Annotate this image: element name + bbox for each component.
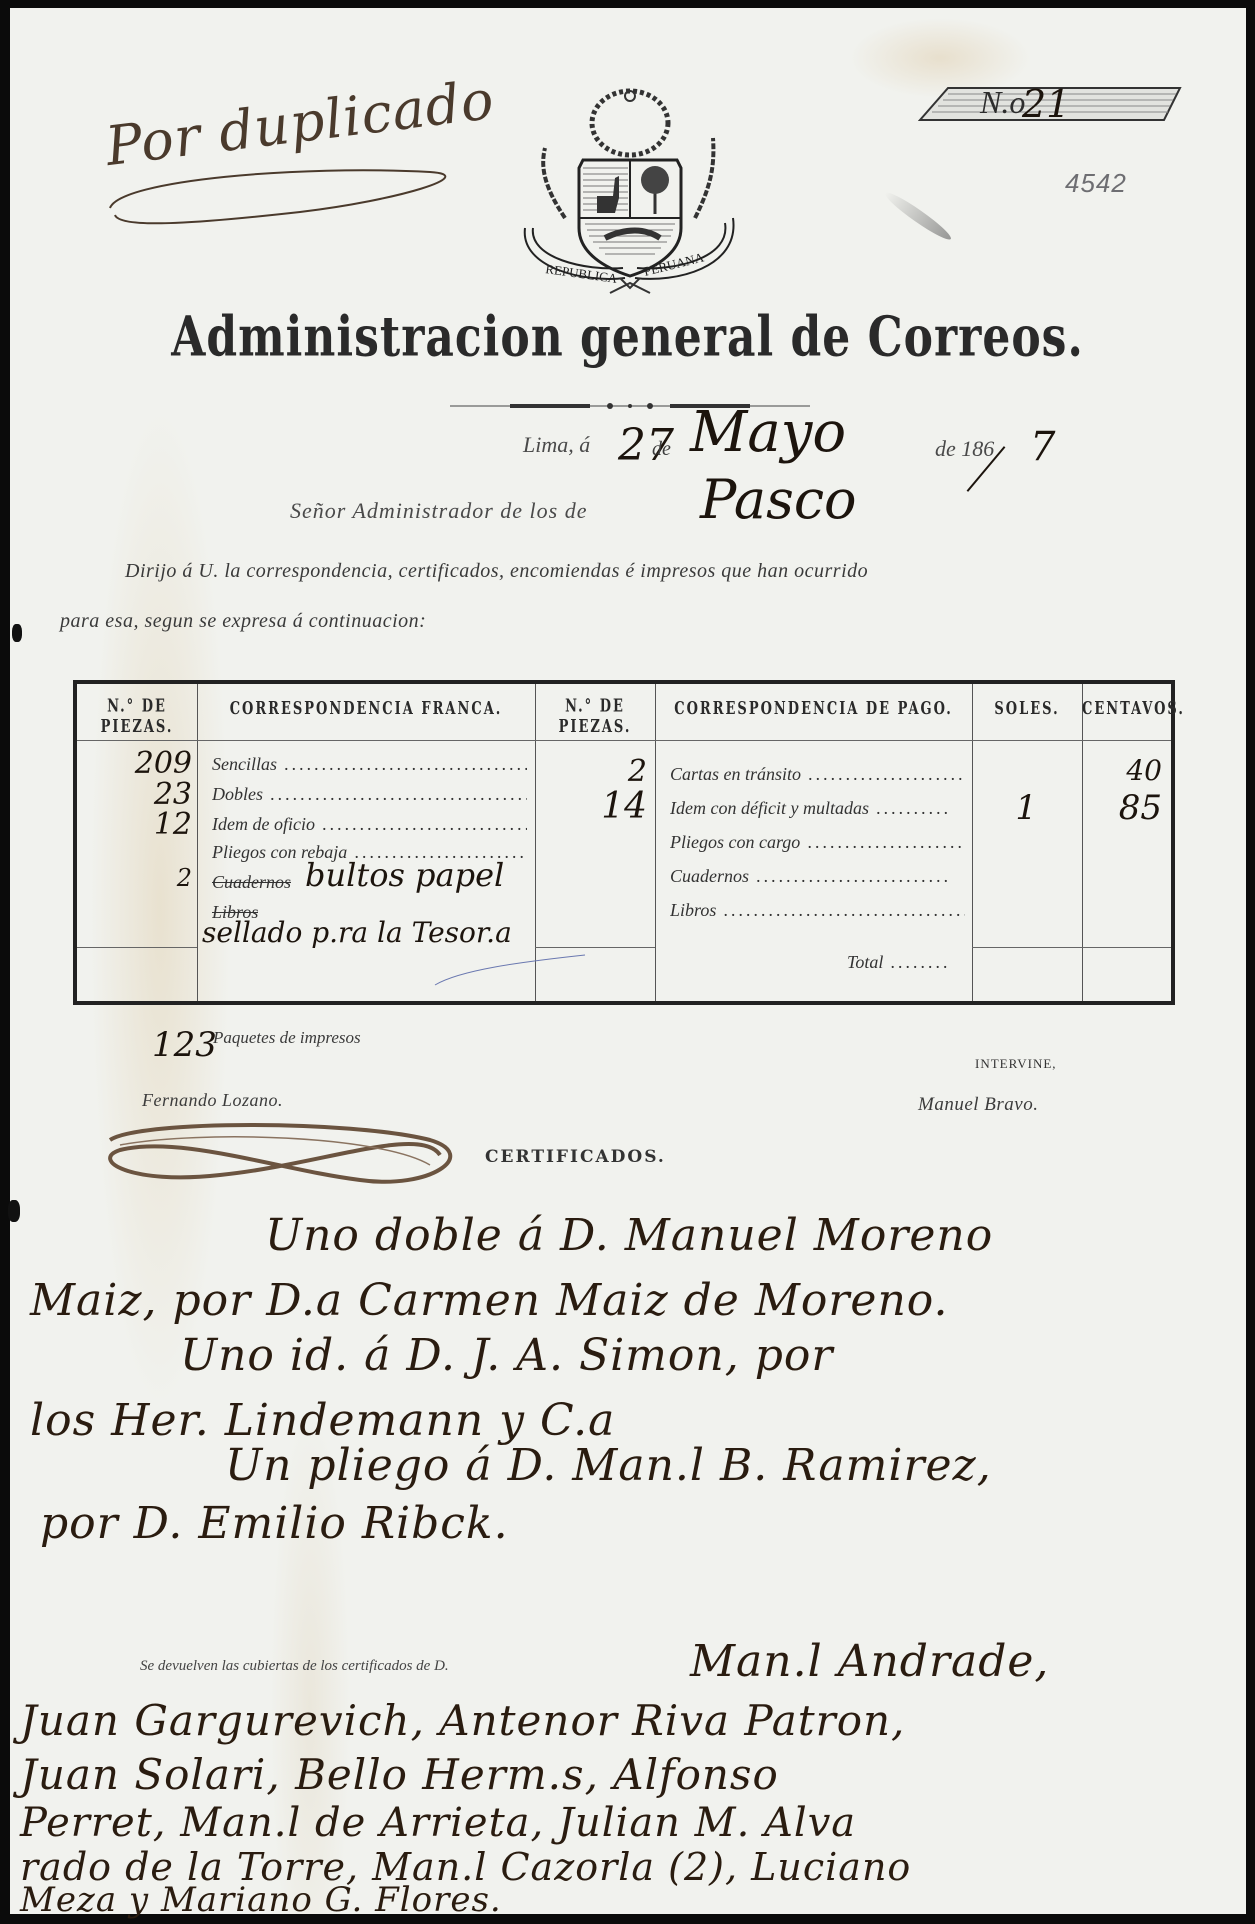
intervine-label: INTERVINE, (975, 1056, 1057, 1072)
cert-line-1: Maiz, por D.a Carmen Maiz de Moreno. (30, 1275, 949, 1326)
edge-mark (12, 624, 22, 642)
pago-label-3: Cuadernos .......................... (670, 866, 965, 887)
flourish-underline (100, 160, 470, 230)
date-de: de (652, 438, 671, 461)
franca-handwritten-4: bultos papel (305, 856, 504, 894)
cert-line-3: los Her. Lindemann y C.a (30, 1395, 615, 1446)
header-franca: CORRESPONDENCIA FRANCA. (197, 699, 535, 719)
edge-mark (8, 1200, 20, 1222)
pago-soles-1: 1 (982, 788, 1037, 828)
returned-line-1: Juan Gargurevich, Antenor Riva Patron, (20, 1696, 905, 1745)
cert-line-4: Un pliego á D. Man.l B. Ramirez, (225, 1440, 992, 1491)
document-number: 21 (1022, 82, 1070, 126)
cert-line-2: Uno id. á D. J. A. Simon, por (180, 1330, 833, 1381)
signature-right: Manuel Bravo. (918, 1094, 1038, 1116)
franca-count-0: 209 (97, 746, 192, 781)
intro-line-2: para esa, segun se expresa á continuacio… (60, 610, 426, 633)
archive-number: 4542 (1065, 168, 1127, 199)
cert-line-0: Uno doble á D. Manuel Moreno (265, 1210, 993, 1261)
franca-count-4: 2 (97, 864, 192, 892)
returned-line-5: Meza y Mariano G. Flores. (20, 1880, 502, 1920)
pago-label-1: Idem con déficit y multadas .......... (670, 798, 965, 819)
coat-of-arms-icon: REPUBLICA PERUANA (505, 78, 755, 303)
header-soles: SOLES. (972, 699, 1082, 719)
pago-label-4: Libros .................................… (670, 900, 965, 921)
pago-centavos-0: 40 (1092, 754, 1162, 787)
returned-prefix: Se devuelven las cubiertas de los certif… (140, 1658, 449, 1675)
packets-label: Paquetes de impresos (213, 1028, 361, 1048)
date-month: Mayo (690, 400, 846, 465)
returned-line-3: Perret, Man.l de Arrieta, Julian M. Alva (20, 1800, 856, 1846)
certificados-title: CERTIFICADOS. (485, 1147, 666, 1167)
franca-count-2: 12 (97, 807, 192, 842)
blue-pencil-stroke (430, 950, 590, 990)
date-year-suffix: 7 (1030, 424, 1055, 470)
returned-line-2: Juan Solari, Bello Herm.s, Alfonso (20, 1750, 779, 1799)
packets-count: 123 (152, 1025, 217, 1065)
intro-line-1: Dirijo á U. la correspondencia, certific… (125, 560, 868, 583)
franca-label-2: Idem de oficio .........................… (212, 814, 527, 835)
franca-label-0: Sencillas ..............................… (212, 754, 527, 775)
signature-paraph (100, 1115, 470, 1195)
date-year-prefix: de 186 (935, 436, 994, 462)
correspondence-table: N.° DE PIEZAS. CORRESPONDENCIA FRANCA. N… (73, 680, 1175, 1005)
header-pago: CORRESPONDENCIA DE PAGO. (655, 699, 972, 719)
addressee-label: Señor Administrador de los de (290, 498, 587, 524)
pago-count-0: 2 (547, 754, 647, 789)
page-title: Administracion general de Correos. (0, 306, 1255, 370)
returned-line-0: Man.l Andrade, (690, 1636, 1049, 1687)
pago-count-1: 14 (547, 786, 647, 827)
cert-line-5: por D. Emilio Ribck. (40, 1498, 509, 1549)
pago-label-0: Cartas en tránsito .....................… (670, 764, 965, 785)
total-label: Total ........ (847, 952, 951, 973)
franca-label-4-struck: Cuadernos (212, 872, 291, 893)
number-label: N.o (980, 84, 1025, 121)
franca-handwritten-5: sellado p.ra la Tesor.a (202, 916, 512, 949)
place-prefix: Lima, á (523, 432, 590, 458)
pago-label-2: Pliegos con cargo ......................… (670, 832, 965, 853)
addressee-place: Pasco (700, 468, 857, 531)
franca-label-1: Dobles .................................… (212, 784, 527, 805)
signature-left: Fernando Lozano. (142, 1090, 283, 1111)
header-centavos: CENTAVOS. (1082, 699, 1175, 719)
header-pieces-franca: N.° DE PIEZAS. (77, 697, 197, 738)
header-pieces-pago: N.° DE PIEZAS. (535, 697, 655, 738)
pago-centavos-1: 85 (1092, 788, 1162, 828)
